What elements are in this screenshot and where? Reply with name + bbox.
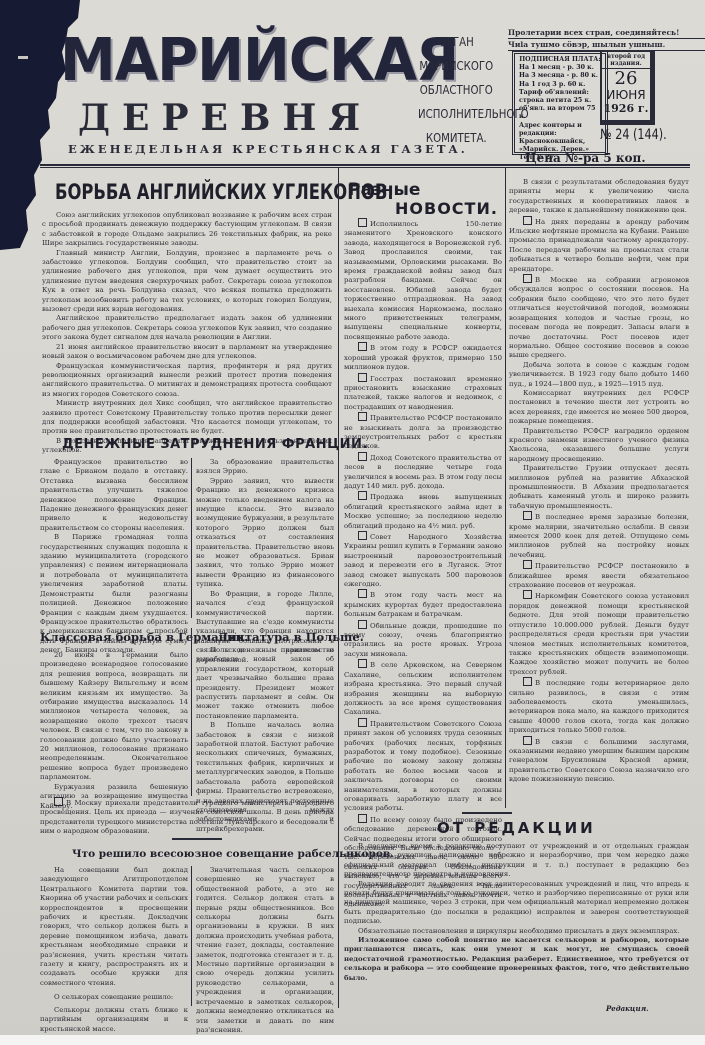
note-text: В Москву приехали представители турецког… — [40, 799, 334, 835]
subscription-box: ПОДПИСНАЯ ПЛАТА: На 1 месяц - р. 30 к. Н… — [512, 51, 608, 155]
news-bullet-icon — [358, 491, 367, 500]
publisher-organ: ОРГАН МАРИЙСКОГО ОБЛАСТНОГО ИСПОЛНИТЕЛЬН… — [418, 30, 495, 150]
paragraph: Редакция доводит до сведения всех заинте… — [344, 880, 689, 927]
organ-line: КОМИТЕТА. — [418, 126, 495, 150]
paragraph: Французское правительство во главе с Бри… — [40, 458, 188, 533]
issue-year: 1926 г. — [602, 102, 650, 116]
column-rule — [338, 168, 339, 1008]
france-article-col1: Французское правительство во главе с Бри… — [40, 458, 188, 656]
organ-line: ОБЛАСТНОГО — [418, 78, 495, 102]
news-item: В связи с результатами обследования буду… — [509, 178, 689, 216]
ads-line: об'явл. на втором 75 к. — [519, 105, 601, 121]
issue-number: № 24 (144). — [600, 127, 667, 143]
scan-margin — [0, 1035, 705, 1045]
coal-article-body: Союз английских углекопов опубликовал во… — [42, 211, 332, 456]
subscription-line: На 1 год 3 р. 60 к. — [519, 81, 601, 89]
france-article-title: ДЕНЕЖНЫЕ ЗАТРУДНЕНИЯ ФРАНЦИИ. — [62, 437, 368, 452]
news-item: Правительство РСФСР постановило не взыск… — [344, 414, 502, 450]
news-title-2: НОВОСТИ. — [395, 199, 498, 218]
publication-year-label: второй год издания. — [602, 52, 650, 69]
news-title-1: Разные — [348, 180, 420, 200]
paragraph: Министр внутренних дел Хикс сообщил, что… — [42, 399, 332, 437]
paragraph: На совещании был доклад заведующего Агит… — [40, 866, 188, 988]
news-item: Правительство РСФСР постановило в ближай… — [509, 562, 689, 589]
news-bullet-icon — [358, 373, 367, 382]
news-item: Правительством Советского Союза принят з… — [344, 720, 502, 813]
slogans: Пролетарии всех стран, соединяйтесь! Чиl… — [508, 27, 705, 51]
section-divider — [462, 812, 512, 814]
editorial-signature: Редакция. — [606, 1004, 649, 1013]
masthead-tagline: ЕЖЕНЕДЕЛЬНАЯ КРЕСТЬЯНСКАЯ ГАЗЕТА. — [68, 142, 468, 156]
paragraph: Союз английских углекопов опубликовал во… — [42, 211, 332, 249]
paragraph: 21 июня английское правительство вносит … — [42, 343, 332, 362]
news-item: Комиссариат внутренних дел РСФСР постано… — [509, 389, 689, 427]
news-bullet-icon — [358, 452, 367, 461]
editorial-body: В последнее время в редакцию поступают о… — [344, 842, 689, 983]
news-bullet-icon — [523, 677, 532, 686]
news-item: Наркомфин Советского союза установил пор… — [509, 592, 689, 675]
newspaper-page: МАРИЙСКАЯ ДЕРЕВНЯ ЕЖЕНЕДЕЛЬНАЯ КРЕСТЬЯНС… — [0, 0, 705, 1045]
news-bullet-icon — [523, 274, 532, 283]
turkey-news-note: В Москву приехали представители турецког… — [40, 797, 334, 837]
paragraph: Английское правительство предполагает из… — [42, 314, 332, 342]
news-column: Исполнилось 150-летие знаменитого Хренов… — [344, 218, 502, 910]
issue-month: ИЮНЯ — [602, 89, 650, 102]
paragraph: Французская коммунистическая партия, про… — [42, 362, 332, 400]
organ-line: ОРГАН МАРИЙСКОГО — [418, 30, 495, 78]
masthead-title: МАРИЙСКАЯ — [60, 26, 458, 94]
paragraph: Изложенное само собой понятно не касаетс… — [344, 936, 689, 983]
paragraph: За образование правительства взялся Эрри… — [196, 458, 334, 477]
paragraph: Польское правительство выработало новый … — [196, 646, 334, 721]
germany-article-body: 20 июня в Германии было произведено всен… — [40, 651, 188, 811]
news-bullet-icon — [358, 814, 367, 823]
news-item: В последние годы ветеринарное дело сильн… — [509, 679, 689, 734]
news-item: В последнее время заразные болезни, кром… — [509, 513, 689, 559]
slogan-russian: Пролетарии всех стран, соединяйтесь! — [508, 27, 705, 39]
masthead-rule-thin — [40, 167, 690, 168]
news-bullet-icon — [523, 560, 532, 569]
news-item: Обильные дожди, прошедшие по всему союзу… — [344, 622, 502, 658]
masthead-subtitle: ДЕРЕВНЯ — [78, 97, 372, 139]
poland-article-title: Диктатура в Польше. — [218, 630, 364, 644]
selkor-article-col1: На совещании был доклад заведующего Агит… — [40, 866, 188, 1034]
ads-line: строка петита 25 к. — [519, 97, 601, 105]
column-rule — [191, 866, 192, 1006]
ads-title: Тариф об'явлений: — [519, 89, 601, 97]
section-divider — [172, 838, 222, 840]
subscription-line: На 1 месяц - р. 30 к. — [519, 64, 601, 72]
news-bullet-icon — [358, 342, 367, 351]
paragraph: О селькорах совещание решило: — [40, 993, 188, 1002]
news-item: Добыча золота в союзе с каждым годом уве… — [509, 361, 689, 389]
news-bullet-icon — [358, 620, 367, 629]
news-item: Исполнилось 150-летие знаменитого Хренов… — [344, 220, 502, 341]
column-rule — [191, 458, 192, 618]
selkor-article-col2: Значительная часть селькоров совершенно … — [196, 866, 334, 1035]
issue-date-box: второй год издания. 26 ИЮНЯ 1926 г. — [600, 50, 655, 125]
news-bullet-icon — [358, 589, 367, 598]
germany-article-title: Классовая борьба в Германии. — [40, 630, 248, 644]
news-item: В этом году часть мест на крымских курор… — [344, 591, 502, 618]
news-bullet-icon — [523, 216, 532, 225]
news-bullet-icon — [358, 412, 367, 421]
news-item: В этом году в РСФСР ожидается хороший ур… — [344, 344, 502, 371]
news-item: На днях переданы в аренду рабочим Ильски… — [509, 218, 689, 273]
paragraph: 20 июня в Германии было произведено всен… — [40, 651, 188, 783]
coal-article-title: БОРЬБА АНГЛИЙСКИХ УГЛЕКОПОВ. — [55, 180, 394, 204]
news-item: Доход Советского правительства от лесов … — [344, 454, 502, 490]
organ-line: ИСПОЛНИТЕЛЬНОГО — [418, 102, 495, 126]
news-item: Госстрах постановил временно приостанови… — [344, 375, 502, 411]
paragraph: Селькоры должны стать ближе к партийным … — [40, 1006, 188, 1034]
news-bullet-icon — [358, 659, 367, 668]
news-bullet-icon — [54, 797, 63, 806]
news-item: В Москве на собрании агрономов обсуждалс… — [509, 276, 689, 359]
news-item: Правительство РСФСР наградило орденом кр… — [509, 427, 689, 465]
issue-price: Цена №-ра 5 коп. — [525, 151, 646, 165]
editorial-title: ОТ РЕДАКЦИИ — [437, 819, 596, 837]
column-rule — [191, 628, 192, 796]
issue-day: 26 — [602, 69, 650, 89]
paragraph: Эррио заявил, что вывести Францию из ден… — [196, 477, 334, 590]
paragraph: В последнее время в редакцию поступают о… — [344, 842, 689, 880]
news-column-right: В связи с результатами обследования буду… — [509, 178, 689, 785]
paragraph: Обязательные постановления и циркуляры н… — [344, 927, 689, 936]
column-rule — [505, 168, 506, 808]
news-bullet-icon — [358, 531, 367, 540]
news-item: В селе Арковском, на Северном Сахалине, … — [344, 661, 502, 716]
news-bullet-icon — [523, 511, 532, 520]
news-bullet-icon — [523, 590, 532, 599]
subscription-line: На 3 месяца - р. 80 к. — [519, 72, 601, 80]
news-item: Совет Народного Хозяйства Украины решил … — [344, 533, 502, 588]
paragraph: Главный министр Англии, Болдуин, произне… — [42, 249, 332, 315]
news-item: В связи с большими заслугами, оказанными… — [509, 738, 689, 784]
paragraph: Значительная часть селькоров совершенно … — [196, 866, 334, 1035]
news-item: Правительство Грузии отпускает десять ми… — [509, 464, 689, 511]
masthead-rule — [40, 164, 690, 166]
news-bullet-icon — [358, 718, 367, 727]
news-bullet-icon — [523, 736, 532, 745]
news-bullet-icon — [358, 218, 367, 227]
news-item: Продажа вновь выпущенных облигаций крест… — [344, 493, 502, 529]
subscription-title: ПОДПИСНАЯ ПЛАТА: — [519, 56, 601, 64]
